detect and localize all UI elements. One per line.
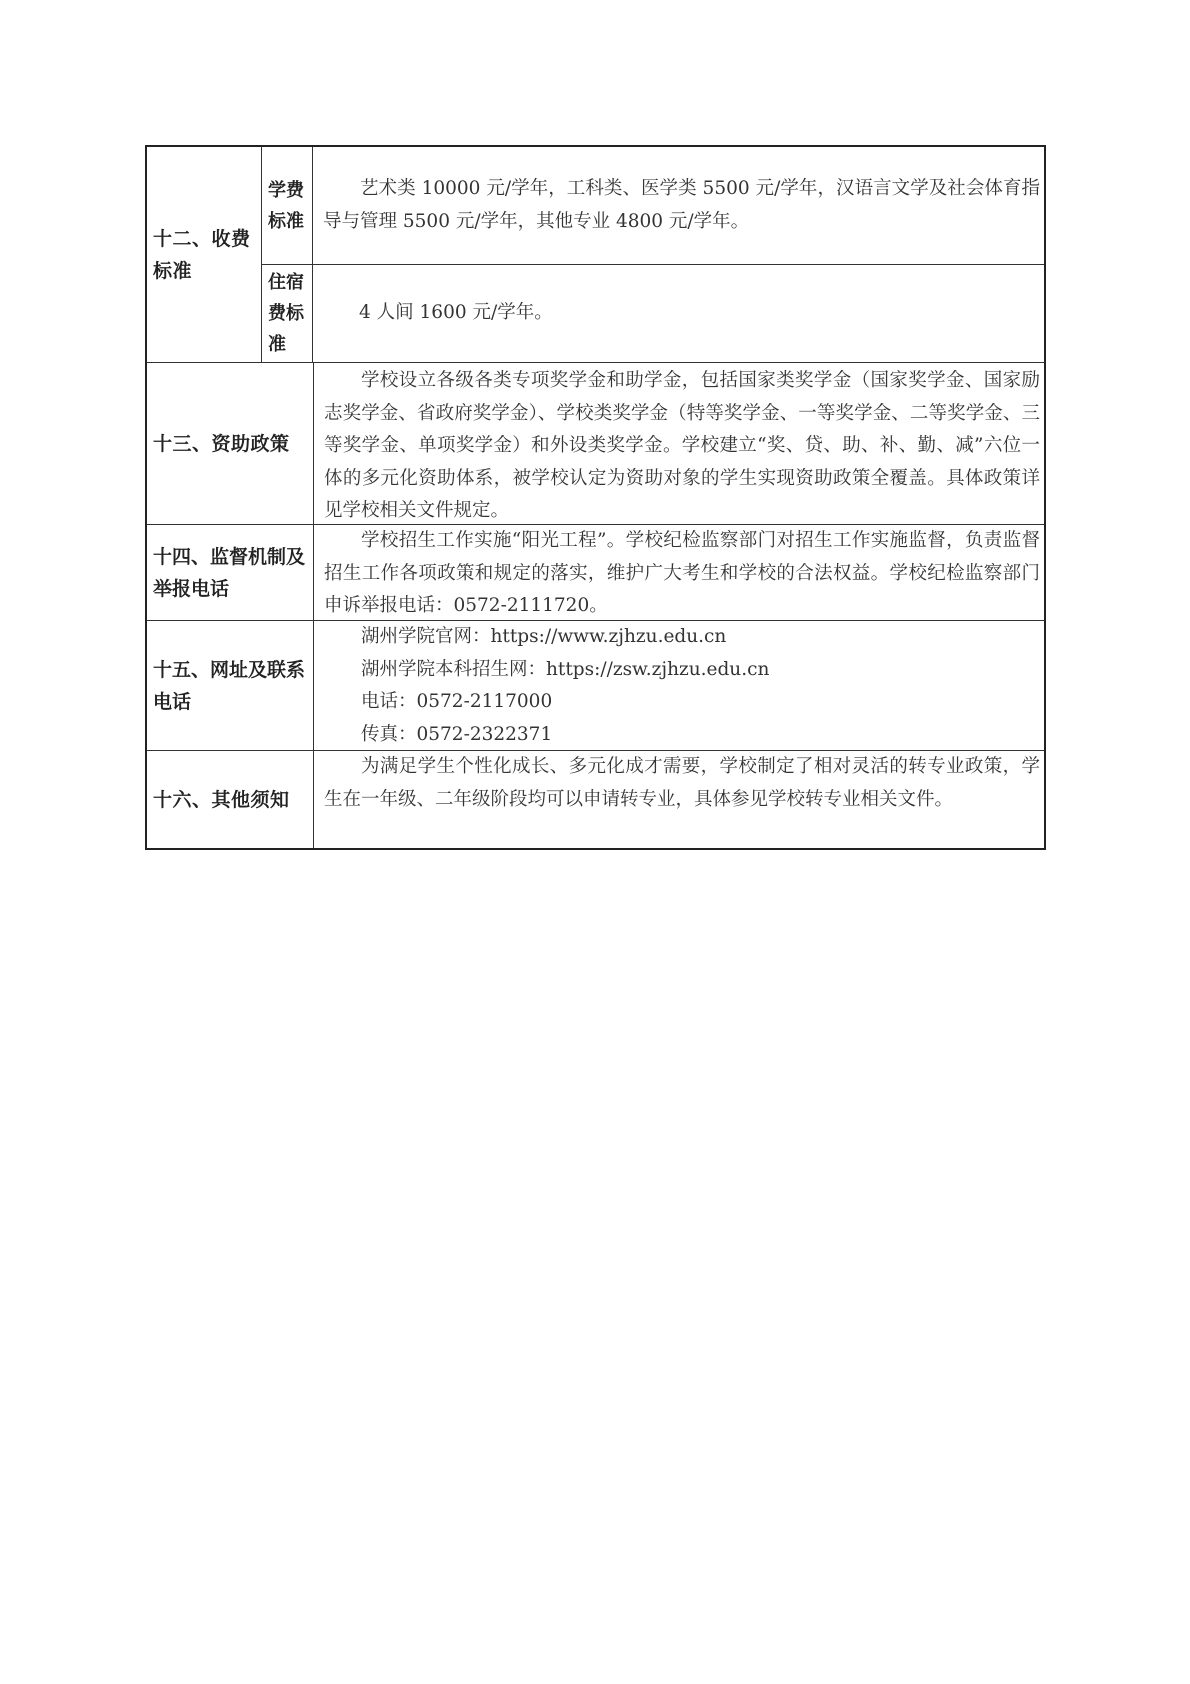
contact-info: 湖州学院官网：https://www.zjhzu.edu.cn 湖州学院本科招生…: [314, 621, 1044, 750]
phone-number: 电话：0572-2117000: [324, 686, 1040, 719]
subrow-tuition: 学费标准 艺术类 10000 元/学年，工科类、医学类 5500 元/学年，汉语…: [262, 147, 1044, 265]
financial-aid-text: 学校设立各级各类专项奖学金和助学金，包括国家类奖学金（国家奖学金、国家励志奖学金…: [314, 363, 1044, 524]
row-heading-other-notes: 十六、其他须知: [147, 751, 314, 848]
official-website-link[interactable]: 湖州学院官网：https://www.zjhzu.edu.cn: [324, 621, 1040, 654]
row-heading-supervision: 十四、监督机制及举报电话: [147, 525, 314, 620]
row-heading-fee-standards: 十二、收费标准: [147, 147, 262, 362]
subrow-dorm: 住宿费标准 4 人间 1600 元/学年。: [262, 265, 1044, 362]
row-financial-aid: 十三、资助政策 学校设立各级各类专项奖学金和助学金，包括国家类奖学金（国家奖学金…: [147, 363, 1044, 525]
admission-info-table: 十二、收费标准 学费标准 艺术类 10000 元/学年，工科类、医学类 5500…: [145, 145, 1046, 850]
dorm-text: 4 人间 1600 元/学年。: [313, 265, 1044, 362]
row-contact: 十五、网址及联系电话 湖州学院官网：https://www.zjhzu.edu.…: [147, 621, 1044, 751]
subrow-heading-dorm: 住宿费标准: [262, 265, 313, 362]
admissions-website-link[interactable]: 湖州学院本科招生网：https://zsw.zjhzu.edu.cn: [324, 654, 1040, 687]
fax-number: 传真：0572-2322371: [324, 719, 1040, 752]
subrow-heading-tuition: 学费标准: [262, 147, 313, 264]
tuition-text: 艺术类 10000 元/学年，工科类、医学类 5500 元/学年，汉语言文学及社…: [313, 147, 1044, 264]
row-other-notes: 十六、其他须知 为满足学生个性化成长、多元化成才需要，学校制定了相对灵活的转专业…: [147, 751, 1044, 848]
other-notes-text: 为满足学生个性化成长、多元化成才需要，学校制定了相对灵活的转专业政策，学生在一年…: [314, 751, 1044, 848]
fee-subrows: 学费标准 艺术类 10000 元/学年，工科类、医学类 5500 元/学年，汉语…: [262, 147, 1044, 362]
row-supervision: 十四、监督机制及举报电话 学校招生工作实施“阳光工程”。学校纪检监察部门对招生工…: [147, 525, 1044, 621]
supervision-text: 学校招生工作实施“阳光工程”。学校纪检监察部门对招生工作实施监督，负责监督招生工…: [314, 525, 1044, 620]
row-heading-contact: 十五、网址及联系电话: [147, 621, 314, 750]
row-fee-standards: 十二、收费标准 学费标准 艺术类 10000 元/学年，工科类、医学类 5500…: [147, 147, 1044, 363]
row-heading-financial-aid: 十三、资助政策: [147, 363, 314, 524]
